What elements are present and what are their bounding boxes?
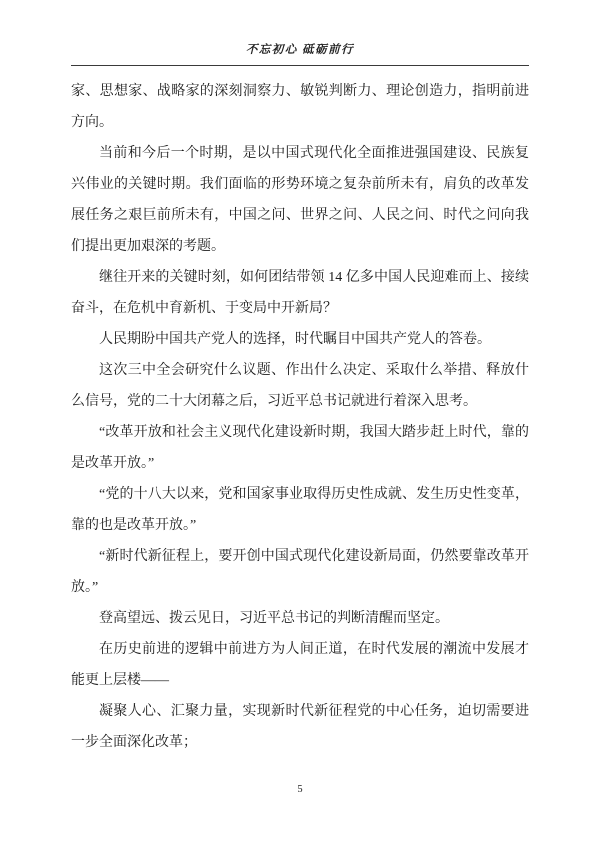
paragraph: 这次三中全会研究什么议题、作出什么决定、采取什么举措、释放什么信号，党的二十大闭… <box>71 355 529 417</box>
paragraph: 凝聚人心、汇聚力量，实现新时代新征程党的中心任务，迫切需要进一步全面深化改革； <box>71 696 529 758</box>
paragraph: 当前和今后一个时期，是以中国式现代化全面推进强国建设、民族复兴伟业的关键时期。我… <box>71 138 529 262</box>
header-divider <box>71 65 529 66</box>
paragraph: 继往开来的关键时刻，如何团结带领 14 亿多中国人民迎难而上、接续奋斗，在危机中… <box>71 262 529 324</box>
paragraph: “改革开放和社会主义现代化建设新时期，我国大踏步赶上时代，靠的是改革开放。” <box>71 417 529 479</box>
page-number: 5 <box>0 784 600 795</box>
document-page: 不忘初心 砥砺前行 家、思想家、战略家的深刻洞察力、敏锐判断力、理论创造力，指明… <box>0 0 600 848</box>
paragraph: 登高望远、拨云见日，习近平总书记的判断清醒而坚定。 <box>71 603 529 634</box>
paragraph: “党的十八大以来，党和国家事业取得历史性成就、发生历史性变革，靠的也是改革开放。… <box>71 479 529 541</box>
document-body: 家、思想家、战略家的深刻洞察力、敏锐判断力、理论创造力，指明前进方向。 当前和今… <box>71 76 529 758</box>
paragraph: “新时代新征程上，要开创中国式现代化建设新局面，仍然要靠改革开放。” <box>71 541 529 603</box>
paragraph: 家、思想家、战略家的深刻洞察力、敏锐判断力、理论创造力，指明前进方向。 <box>71 76 529 138</box>
paragraph: 人民期盼中国共产党人的选择，时代瞩目中国共产党人的答卷。 <box>71 324 529 355</box>
page-header-title: 不忘初心 砥砺前行 <box>0 41 600 57</box>
paragraph: 在历史前进的逻辑中前进方为人间正道，在时代发展的潮流中发展才能更上层楼—— <box>71 634 529 696</box>
